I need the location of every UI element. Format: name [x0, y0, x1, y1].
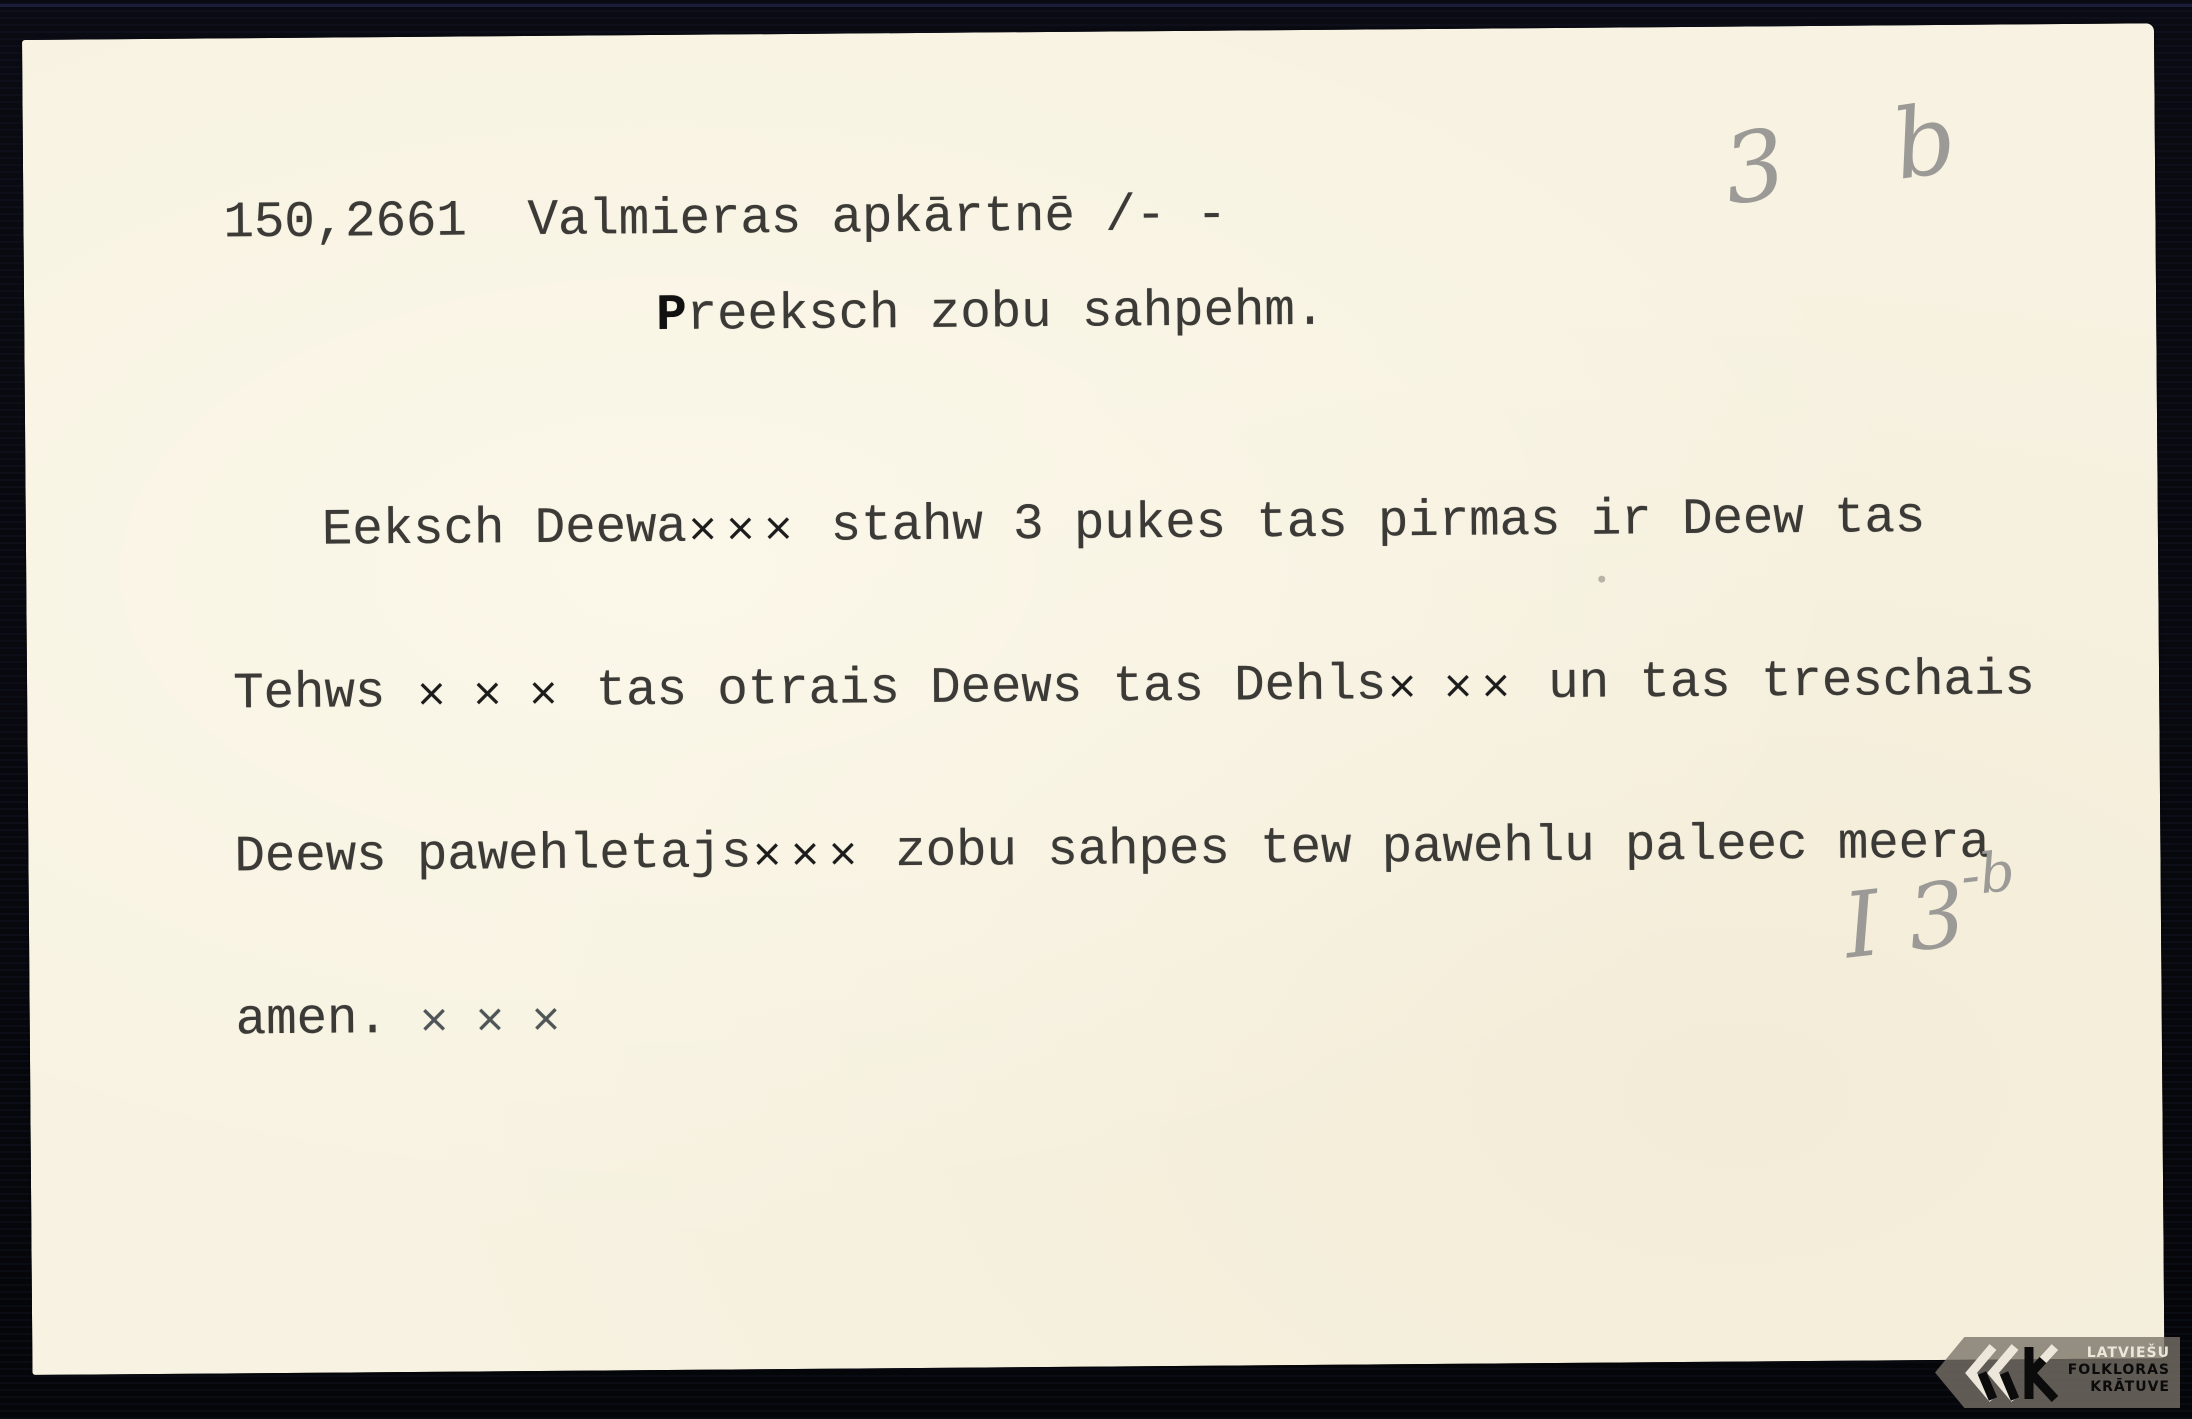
body-line-4: amen. × × ×	[235, 979, 2037, 1048]
scanner-edge-line	[0, 4, 2192, 7]
title-text: reeksch zobu sahpehm.	[686, 283, 1325, 345]
title-overstrike: P	[656, 288, 687, 345]
paper-speck	[1598, 576, 1605, 583]
logo-line-3: KRĀTUVE	[2068, 1379, 2170, 1396]
body-text-segment: Eeksch Deewa	[322, 500, 687, 560]
logo-line-2: FOLKLORAS	[2068, 1362, 2170, 1379]
cross-marks: ×××	[687, 505, 801, 550]
archive-card: 3 b 150,2661 Valmieras apkārtnē /- - Pre…	[22, 23, 2164, 1375]
cross-marks: ×××	[751, 830, 865, 875]
body-line-1: Eeksch Deewa××× stahw 3 pukes tas pirmas…	[232, 490, 2034, 559]
body-text-segment: un tas treschais	[1518, 652, 2035, 713]
body-text-segment: amen.	[235, 991, 418, 1049]
cross-marks: × × ×	[415, 670, 565, 715]
accession-line: 150,2661 Valmieras apkārtnē /- -	[223, 191, 1227, 250]
logo-line-1: LATVIEŠU	[2068, 1345, 2170, 1362]
pencil-superscript: -b	[1957, 839, 2018, 909]
pencil-main: I 3	[1839, 862, 1971, 980]
body-line-2: Tehws × × × tas otrais Deews tas Dehls× …	[233, 653, 2035, 722]
document-title: Preeksch zobu sahpehm.	[656, 286, 1325, 342]
cross-marks: × ××	[1386, 662, 1518, 707]
body-text-segment: Deews pawehletajs	[234, 825, 751, 886]
pencil-annotation-top: 3 b	[1716, 76, 2003, 227]
lfk-chevron-icon	[1963, 1343, 2063, 1403]
body-text-segment: tas otrais Deews tas Dehls	[565, 657, 1386, 720]
lfk-logo-text: LATVIEŠU FOLKLORAS KRĀTUVE	[2068, 1345, 2170, 1396]
body-text-segment: Tehws	[233, 665, 416, 723]
body-text-segment: zobu sahpes tew pawehlu paleec meera	[865, 816, 1990, 882]
body-text-segment: stahw 3 pukes tas pirmas ir Deew tas	[800, 490, 1925, 556]
charm-text: Eeksch Deewa××× stahw 3 pukes tas pirmas…	[231, 382, 2038, 1156]
lfk-watermark-logo: LATVIEŠU FOLKLORAS KRĀTUVE	[1935, 1337, 2180, 1408]
cross-marks: × × ×	[418, 996, 568, 1041]
body-line-3: Deews pawehletajs××× zobu sahpes tew paw…	[234, 816, 2036, 885]
pencil-annotation-middle: I 3-b	[1839, 856, 2025, 980]
